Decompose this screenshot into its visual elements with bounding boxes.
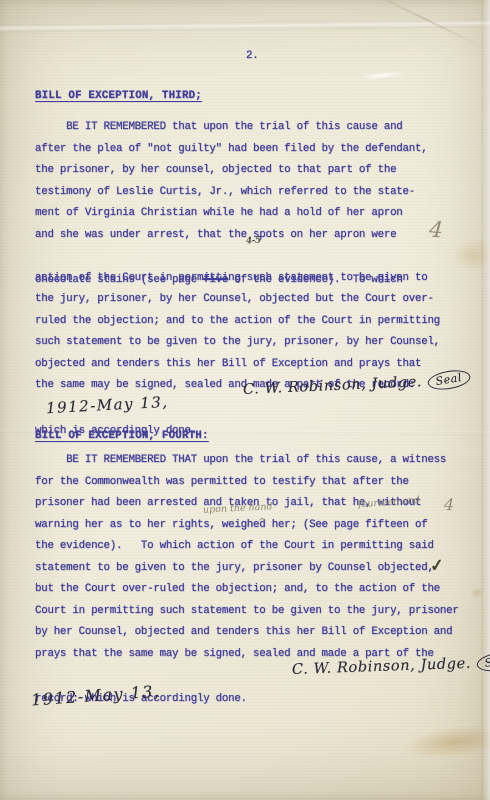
pencil-margin-number-third: 4 [428, 218, 444, 244]
typed-line: the jury, prisoner, by her Counsel, obje… [35, 289, 440, 311]
heading-bill-of-exception-third: BILL OF EXCEPTION, THIRD; [35, 90, 202, 102]
typed-line: after the plea of "not guilty" had been … [35, 139, 427, 161]
typed-line: objected and tenders this her Bill of Ex… [35, 354, 440, 376]
heading-bill-of-exception-fourth: BILL OF EXCEPTION, FOURTH: [35, 430, 209, 442]
scanned-document-page: 2. BILL OF EXCEPTION, THIRD; BE IT REMEM… [0, 0, 490, 800]
paper-stain-dot [470, 588, 484, 598]
typed-line: Court in permitting such statement to be… [35, 601, 459, 623]
typed-line: ment of Virginia Christian while he had … [35, 203, 427, 225]
typed-line: warning her as to her rights, weighed he… [35, 515, 459, 537]
typed-line: by her Counsel, objected and tenders thi… [35, 622, 459, 644]
paper-crease-top [0, 19, 490, 32]
typed-line: the evidence). To which action of the Co… [35, 536, 459, 558]
typed-line: the prisoner, by her counsel, objected t… [35, 160, 427, 182]
pencil-page-correction: 4-5 [246, 235, 261, 246]
typed-line: BE IT REMEMBERED THAT upon the trial of … [35, 450, 459, 472]
typed-line: and she was under arrest, that the spots… [35, 225, 427, 247]
typed-line: such statement to be given to the jury, … [35, 332, 440, 354]
paragraph-fourth: BE IT REMEMBERED THAT upon the trial of … [35, 450, 459, 665]
typed-line: but the Court over-ruled the objection; … [35, 579, 459, 601]
paper-stain-right [452, 238, 490, 272]
paper-scratch [358, 70, 406, 82]
typed-line: for the Commonwealth was permitted to te… [35, 472, 459, 494]
seal-mark-fourth: Seal [476, 650, 490, 674]
paragraph-third-part1: BE IT REMEMBERED that upon the trial of … [35, 117, 427, 246]
typed-line: BE IT REMEMBERED that upon the trial of … [35, 117, 427, 139]
paper-fold-top-right [366, 0, 484, 48]
typed-line: action of the Court in permitting such s… [35, 268, 440, 290]
paper-stain-bottom-right [403, 723, 490, 763]
pencil-margin-number-fourth: 4 [444, 495, 455, 514]
typed-line: testimony of Leslie Curtis, Jr., which r… [35, 182, 427, 204]
paper-edge-right [481, 0, 490, 800]
pencil-checkmark: ✓ [429, 555, 445, 576]
typed-line: ruled the objection; and to the action o… [35, 311, 440, 333]
page-number: 2. [246, 50, 258, 62]
pencil-caret: ^ [258, 517, 266, 528]
typed-line: statement to be given to the jury, priso… [35, 558, 459, 580]
